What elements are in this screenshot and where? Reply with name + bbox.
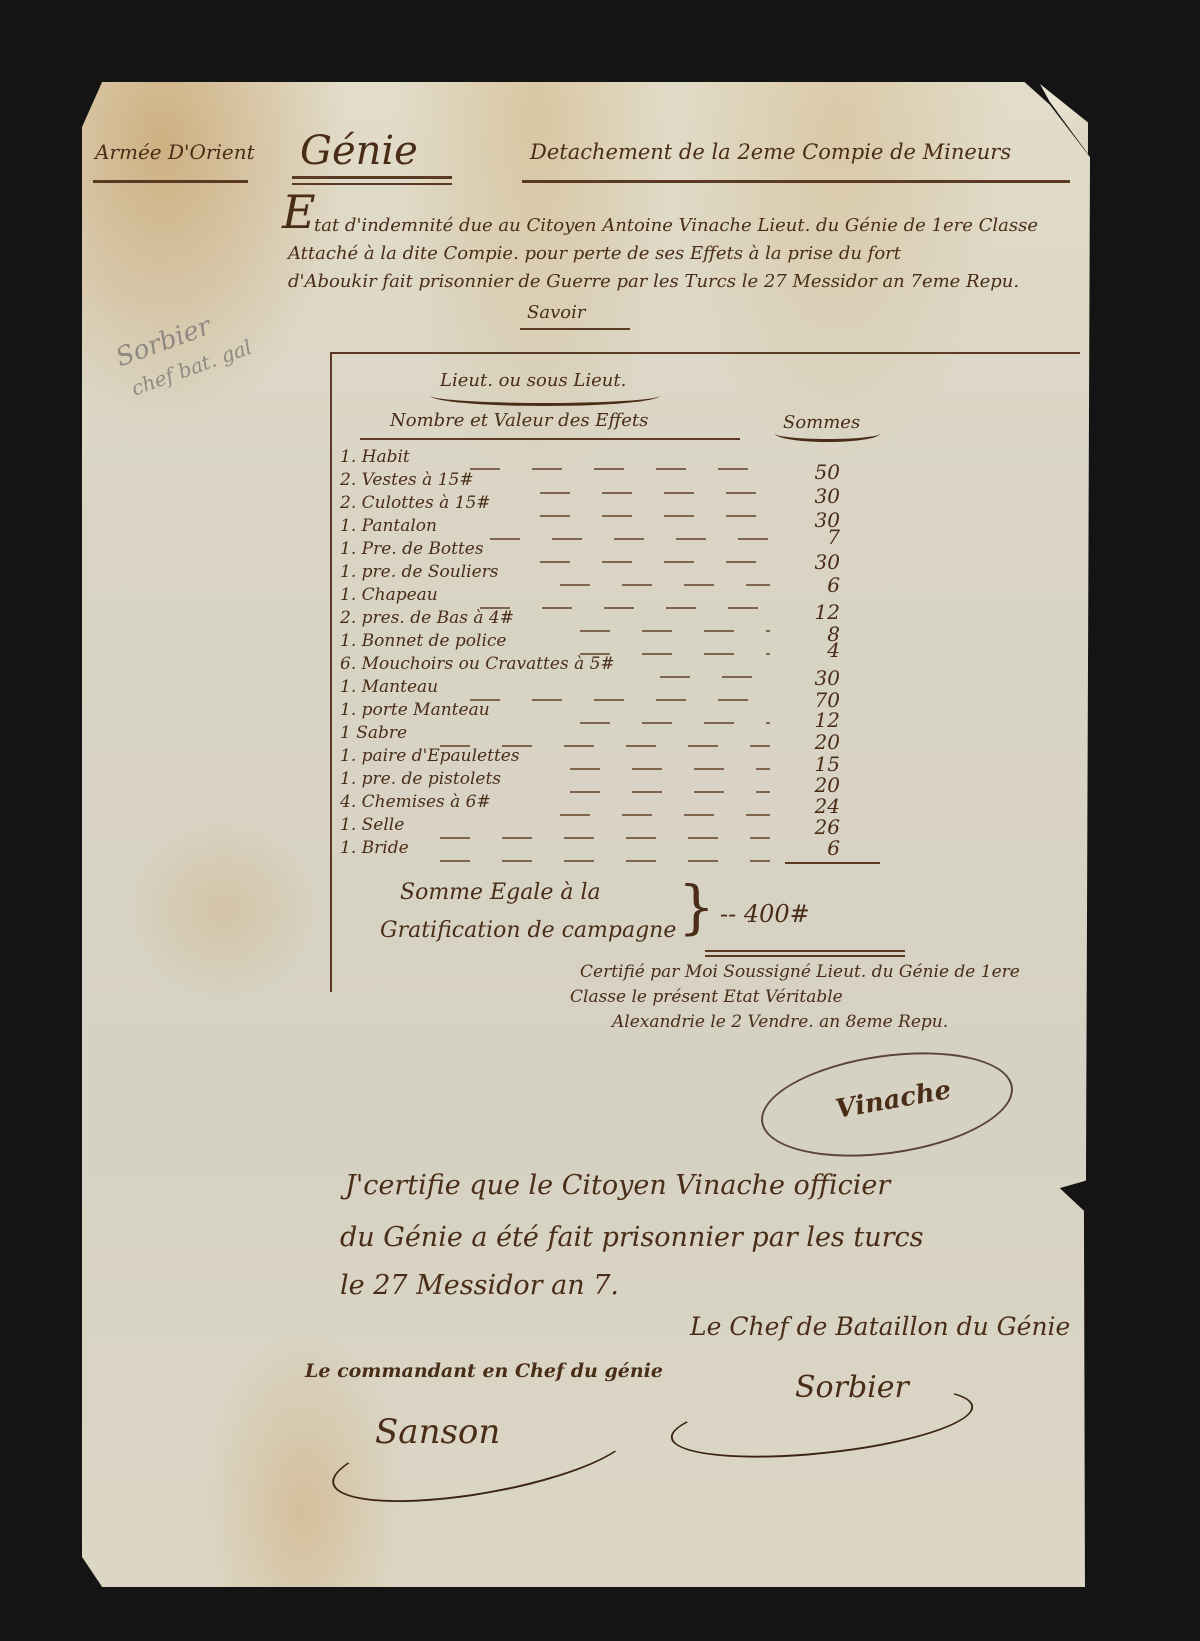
table-row: 6. Mouchoirs ou Cravattes à 5# <box>340 654 615 674</box>
certification-line-1: Certifié par Moi Soussigné Lieut. du Gén… <box>580 962 1020 982</box>
row-amount: 6 <box>790 573 840 597</box>
leader-dashes <box>660 676 770 678</box>
leader-dashes <box>440 745 770 747</box>
column-header-items-underline <box>360 438 740 440</box>
column-header-items: Nombre et Valeur des Effets <box>390 410 648 431</box>
commandant-title: Le commandant en Chef du génie <box>305 1360 663 1382</box>
amount-brace <box>775 425 880 442</box>
table-row: 1. Pre. de Bottes <box>340 539 484 559</box>
leader-dashes <box>560 814 770 816</box>
leader-dashes <box>570 768 770 770</box>
row-amount: 4 <box>790 638 840 662</box>
leader-dashes <box>580 653 770 655</box>
leader-dashes <box>480 607 770 609</box>
header-corps-underline <box>292 176 452 179</box>
intro-initial: E <box>282 185 316 239</box>
total-rule-2 <box>705 955 905 957</box>
leader-dashes <box>440 837 770 839</box>
table-row: 1. Pantalon <box>340 516 437 536</box>
attestation-line-2: du Génie a été fait prisonnier par les t… <box>340 1222 923 1253</box>
table-row: 1. Manteau <box>340 677 438 697</box>
table-row: 1. Selle <box>340 815 404 835</box>
leader-dashes <box>490 538 770 540</box>
leader-dashes <box>560 584 770 586</box>
table-top-rule <box>330 352 1080 354</box>
table-row: 1. Chapeau <box>340 585 438 605</box>
row-amount: 12 <box>790 600 840 624</box>
intro-line-2: Attaché à la dite Compie. pour perte de … <box>288 243 1088 264</box>
header-corps-underline-2 <box>292 183 452 185</box>
row-amount: 20 <box>790 730 840 754</box>
table-row: 2. Culottes à 15# <box>340 493 491 513</box>
table-row: 2. Vestes à 15# <box>340 470 474 490</box>
leader-dashes <box>570 791 770 793</box>
leader-dashes <box>440 860 770 862</box>
table-row: 1. Habit <box>340 447 410 467</box>
leader-dashes <box>580 630 770 632</box>
savoir-underline <box>520 328 630 330</box>
leader-dashes <box>540 561 770 563</box>
table-row: 1. porte Manteau <box>340 700 490 720</box>
header-corps: Génie <box>300 128 418 174</box>
leader-dashes <box>540 492 770 494</box>
leader-dashes <box>580 722 770 724</box>
row-amount: 30 <box>790 666 840 690</box>
certification-line-2: Classe le présent Etat Véritable <box>570 987 843 1007</box>
intro-line-3: d'Aboukir fait prisonnier de Guerre par … <box>288 271 1088 292</box>
row-amount: 7 <box>790 525 840 549</box>
total-rule <box>705 950 905 952</box>
header-army: Armée D'Orient <box>95 140 255 164</box>
table-row: 1. Bonnet de police <box>340 631 506 651</box>
table-row: 1. pre. de Souliers <box>340 562 498 582</box>
row-amount: 50 <box>790 460 840 484</box>
row-amount: 6 <box>790 836 840 860</box>
total-amount: -- 400# <box>720 900 810 928</box>
row-amount: 30 <box>790 550 840 574</box>
leader-dashes <box>470 468 770 470</box>
leader-dashes <box>540 515 770 517</box>
certification-line-3: Alexandrie le 2 Vendre. an 8eme Repu. <box>612 1012 948 1032</box>
table-row: 1. paire d'Epaulettes <box>340 746 520 766</box>
header-detachment: Detachement de la 2eme Compie de Mineurs <box>530 140 1011 164</box>
table-row: 4. Chemises à 6# <box>340 792 491 812</box>
leader-dashes <box>470 699 770 701</box>
intro-savoir: Savoir <box>527 302 585 323</box>
attestation-line-1: J'certifie que le Citoyen Vinache offici… <box>345 1170 890 1201</box>
row-amount: 12 <box>790 708 840 732</box>
attestation-line-3: le 27 Messidor an 7. <box>340 1270 619 1301</box>
sum-rule <box>785 862 880 864</box>
row-amount: 30 <box>790 484 840 508</box>
rank-brace <box>430 385 660 406</box>
intro-line-1: E tat d'indemnité due au Citoyen Antoine… <box>288 215 1088 236</box>
header-detachment-underline <box>522 180 1070 183</box>
table-row: 1. Bride <box>340 838 409 858</box>
attestation-signer-title: Le Chef de Bataillon du Génie <box>690 1312 1070 1341</box>
total-label-line-2: Gratification de campagne <box>380 918 676 943</box>
table-left-rule <box>330 352 332 992</box>
table-row: 2. pres. de Bas à 4# <box>340 608 514 628</box>
table-row: 1 Sabre <box>340 723 407 743</box>
table-row: 1. pre. de pistolets <box>340 769 501 789</box>
total-label-line-1: Somme Egale à la <box>400 880 601 905</box>
header-army-underline <box>93 180 248 183</box>
total-brace: } <box>678 878 715 936</box>
